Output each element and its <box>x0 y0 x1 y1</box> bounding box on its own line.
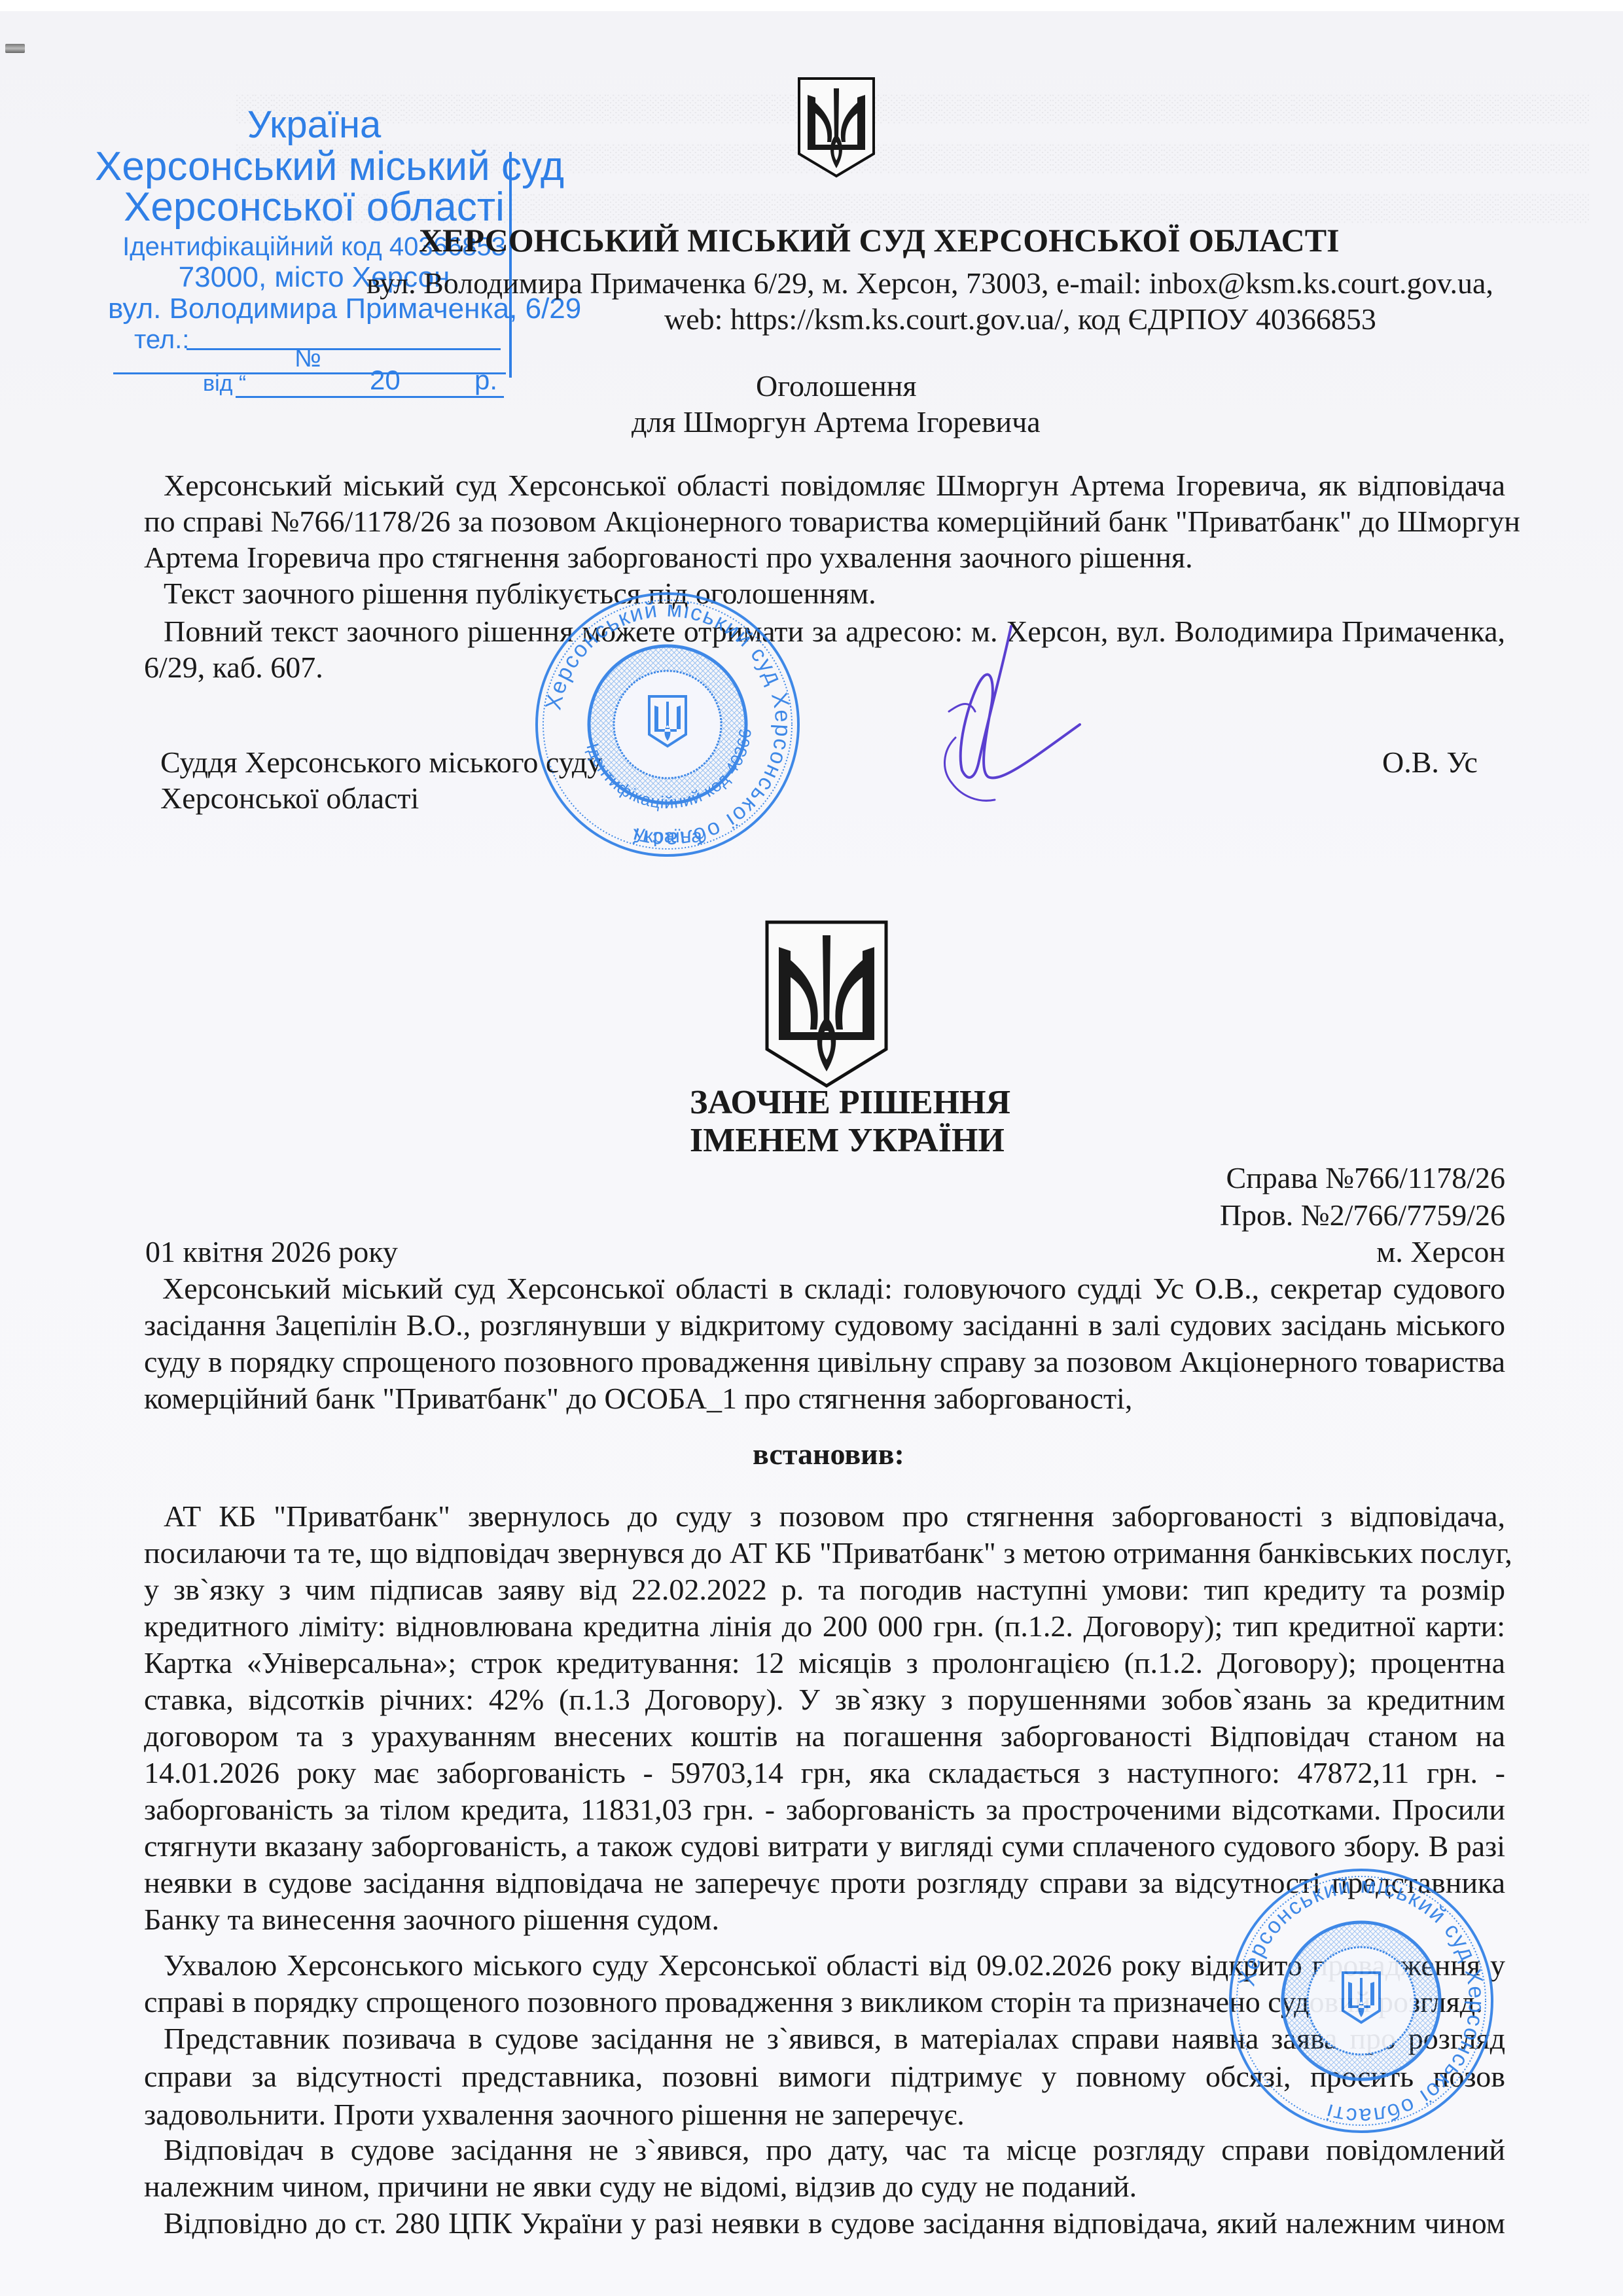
scanner-clip-mark <box>5 44 25 53</box>
body-line: ставка, відсотків річних: 42% (п.1.3 Дог… <box>144 1681 1505 1718</box>
body-line: задовольнити. Проти ухвалення заочного р… <box>144 2096 965 2133</box>
case-number: Справа №766/1178/26 <box>1047 1160 1505 1196</box>
announcement-paragraph-line: Херсонський міський суд Херсонської обла… <box>164 467 1505 504</box>
decision-place: м. Херсон <box>1243 1234 1505 1270</box>
announcement-paragraph-line: Артема Ігоревича про стягнення заборгова… <box>144 539 1193 576</box>
decision-intro-line: Херсонський міський суд Херсонської обла… <box>162 1270 1505 1307</box>
judge-title-line2: Херсонської області <box>160 780 419 817</box>
announcement-address-line: Повний текст заочного рішення можете отр… <box>164 613 1505 650</box>
stamp-year-label: 20 <box>370 365 401 396</box>
decision-title: ЗАОЧНЕ РІШЕННЯ <box>690 1085 1010 1121</box>
decision-date: 01 квітня 2026 року <box>145 1234 398 1270</box>
scanned-page: ░░░░░░░░░░░░░░░░░░░░░░░░░░░░░░░░░░░░░░░░… <box>0 11 1623 2296</box>
body-line: стягнути вказану заборгованість, а також… <box>144 1828 1505 1865</box>
stamp-country: Україна <box>108 103 520 147</box>
decision-intro-line: засідання Зацепілін В.О., розглянувши у … <box>144 1307 1505 1344</box>
coat-of-arms-icon <box>797 77 876 178</box>
decision-intro-line: суду в порядку спрощеного позовного пров… <box>144 1344 1505 1380</box>
established-heading: встановив: <box>753 1436 904 1473</box>
stamp-number-label: № <box>294 345 321 373</box>
decision-intro-line: комерційний банк "Приватбанк" до ОСОБА_1… <box>144 1380 1132 1417</box>
announcement-paragraph-line: по справі №766/1178/26 за позовом Акціон… <box>144 503 1505 540</box>
body-line: кредитного ліміту: відновлювана кредитна… <box>144 1608 1505 1645</box>
judge-signature <box>864 613 1099 829</box>
court-web-line: web: https://ksm.ks.court.gov.ua/, код Є… <box>664 301 1376 338</box>
announcement-address-line: 6/29, каб. 607. <box>144 649 323 686</box>
body-line: Картка «Універсальна»; строк кредитуванн… <box>144 1645 1505 1681</box>
seal-bottom-text: Україна <box>633 825 702 847</box>
stamp-tel-label: тел.: <box>134 325 189 355</box>
court-round-seal: Херсонський міський суд Херсонської обла… <box>1224 1863 1499 2138</box>
stamp-from-label: від “ <box>203 371 246 397</box>
judge-name: О.В. Ус <box>1382 744 1478 781</box>
stamp-date-underline <box>236 396 504 398</box>
body-line: Банку та винесення заочного рішення судо… <box>144 1901 719 1938</box>
announcement-recipient: для Шморгун Артема Ігоревича <box>632 404 1041 440</box>
body-line: договором та з урахуванням внесених кошт… <box>144 1718 1505 1755</box>
court-name-header: ХЕРСОНСЬКИЙ МІСЬКИЙ СУД ХЕРСОНСЬКОЇ ОБЛА… <box>419 222 1340 259</box>
body-line: Відповідно до ст. 280 ЦПК України у разі… <box>164 2205 1505 2242</box>
body-line: належним чином, причини не явки суду не … <box>144 2168 1137 2205</box>
stamp-number-underline <box>113 372 506 374</box>
announcement-title: Оголошення <box>756 368 917 404</box>
coat-of-arms-icon <box>764 920 889 1090</box>
stamp-court-line1: Херсонський міський суд <box>95 143 520 190</box>
court-round-seal: Херсонський міський суд Херсонської обла… <box>530 587 805 862</box>
decision-subtitle: ІМЕНЕМ УКРАЇНИ <box>690 1122 1005 1159</box>
body-line: 14.01.2026 року має заборгованість - 597… <box>144 1755 1505 1791</box>
stamp-year-suffix: р. <box>474 365 497 396</box>
body-line: заборгованість за тілом кредита, 11831,0… <box>144 1791 1505 1828</box>
body-line: у зв`язку з чим підписав заяву від 22.02… <box>144 1571 1505 1608</box>
proceeding-number: Пров. №2/766/7759/26 <box>1047 1197 1505 1234</box>
body-line: АТ КБ "Приватбанк" звернулось до суду з … <box>164 1498 1505 1535</box>
body-line: посилаючи та те, що відповідач звернувся… <box>144 1535 1505 1571</box>
court-address-line: вул. Володимира Примаченка 6/29, м. Херс… <box>366 265 1493 302</box>
stamp-tel-underline <box>187 348 501 350</box>
